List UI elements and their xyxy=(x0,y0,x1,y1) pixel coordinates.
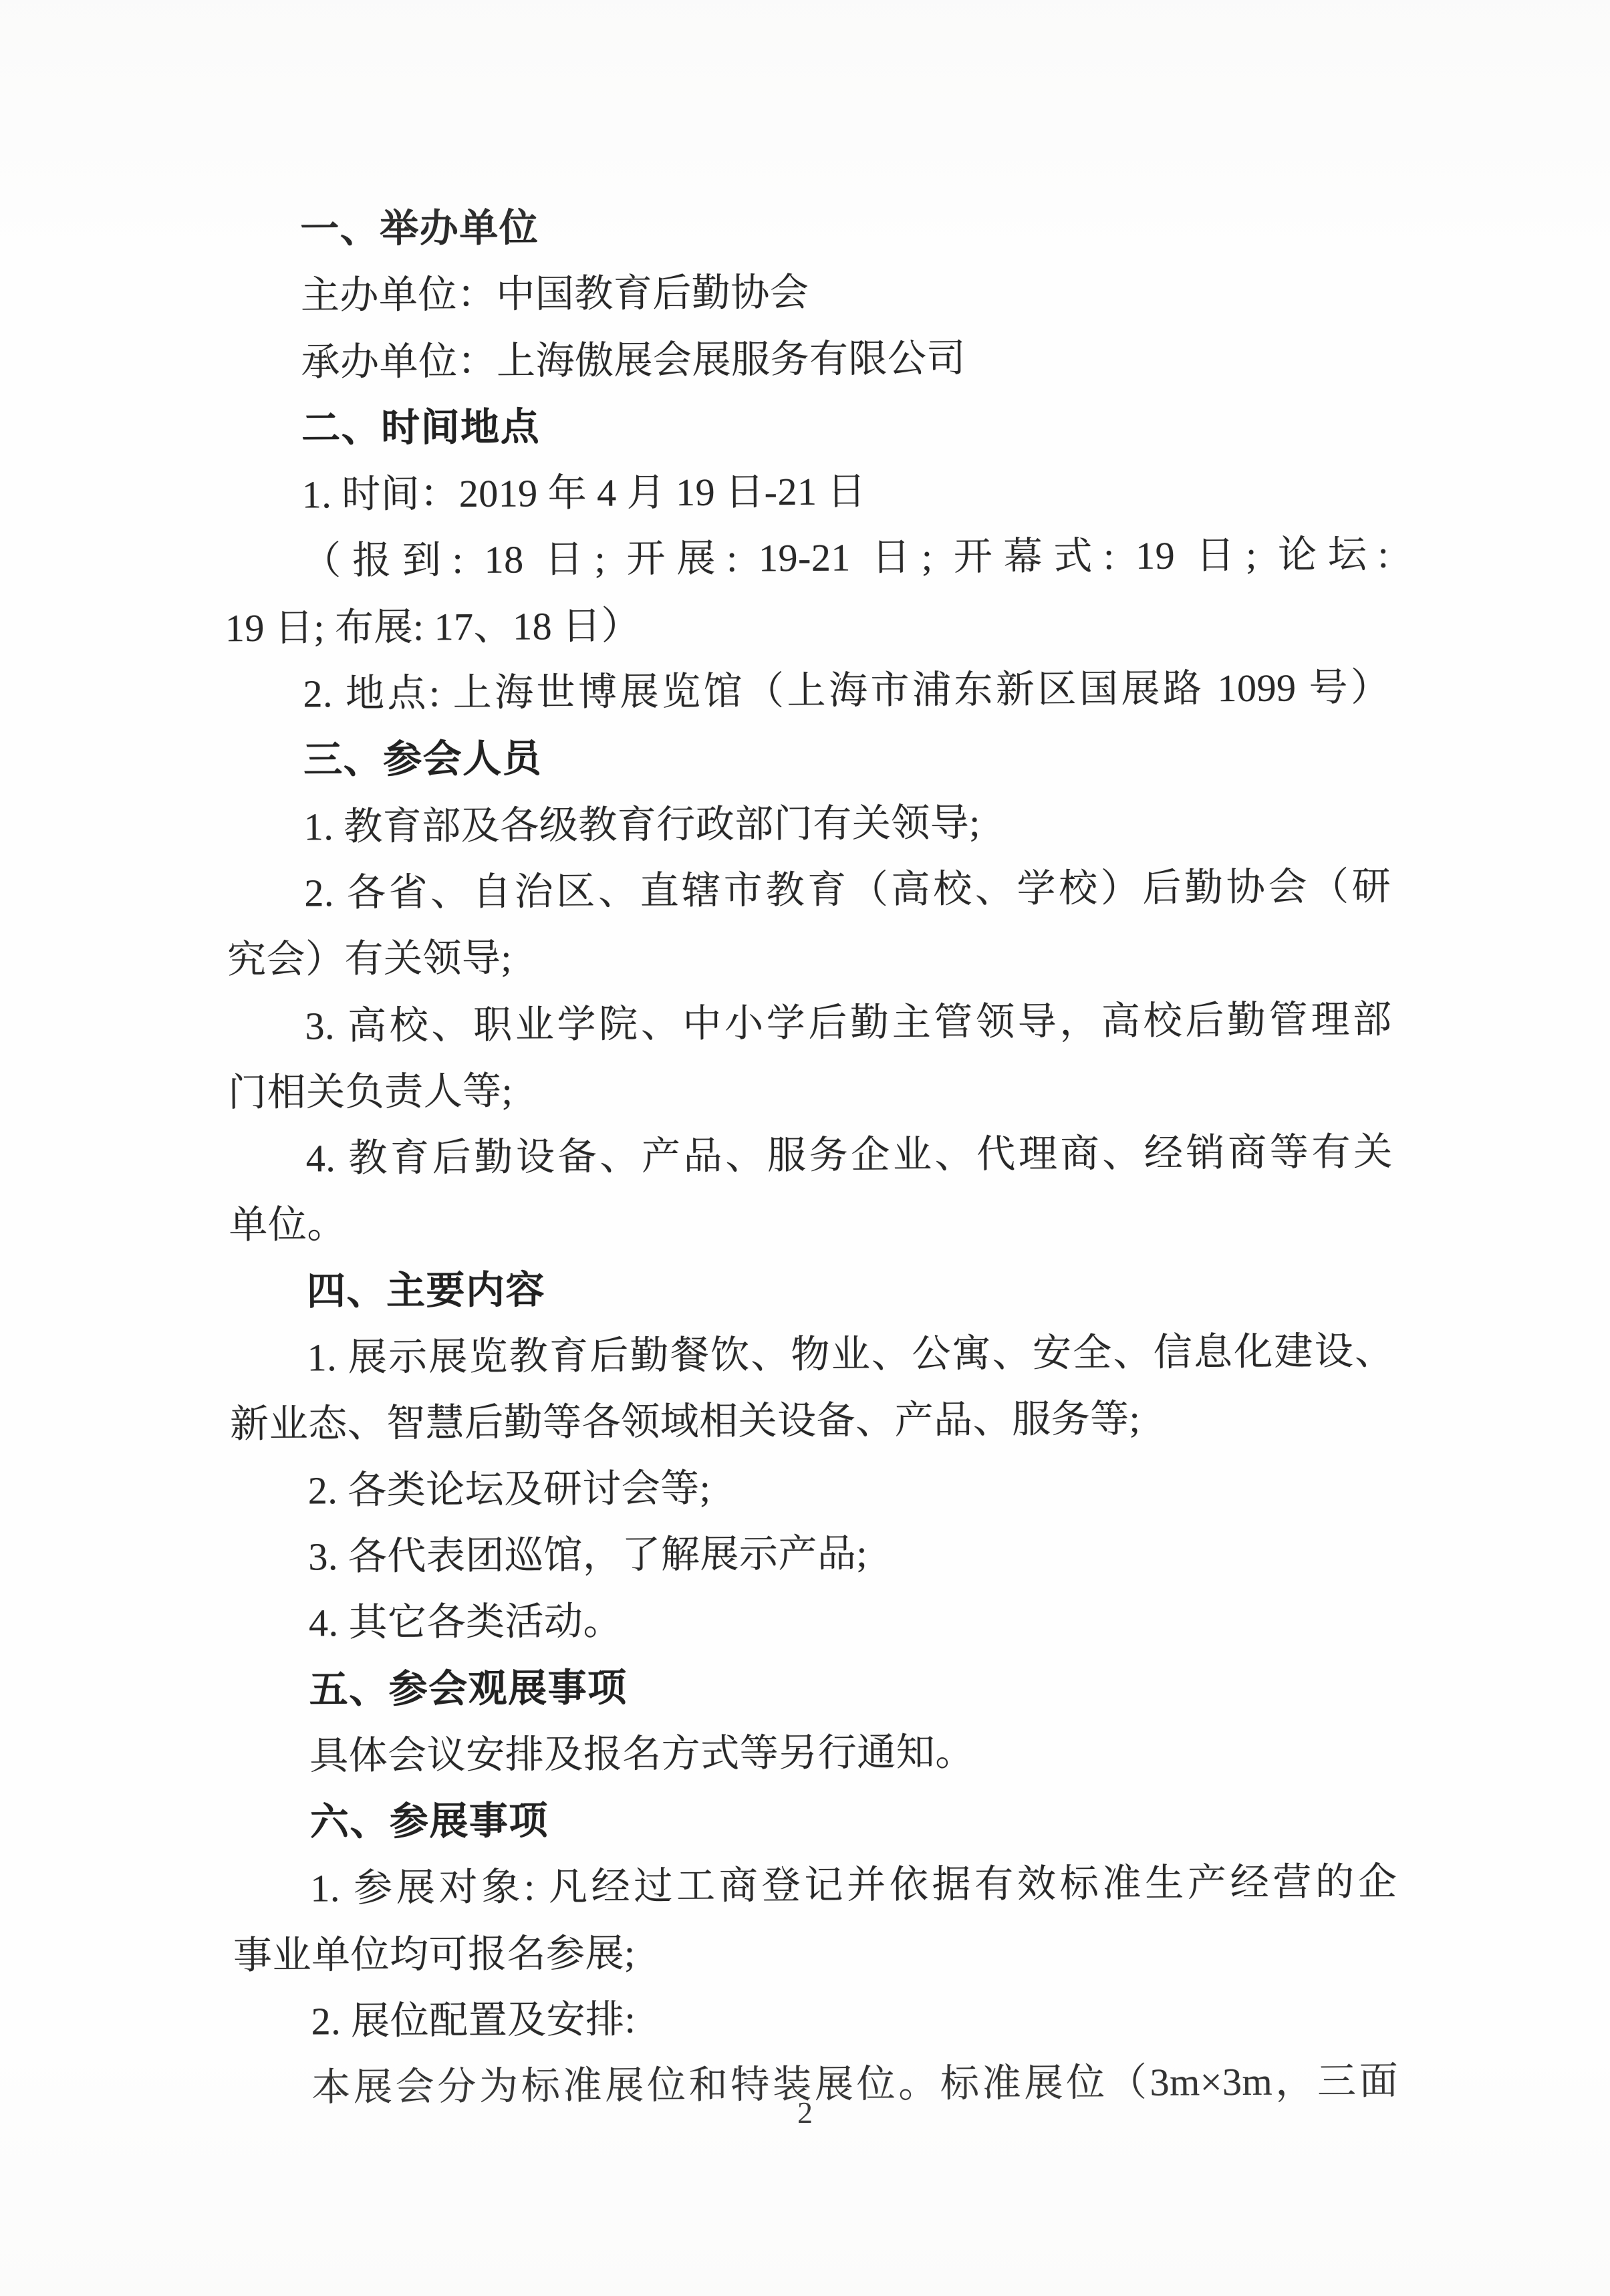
page-number: 2 xyxy=(0,2097,1610,2128)
section-heading: 三、参会人员 xyxy=(226,721,1391,794)
section-heading: 六、参展事项 xyxy=(233,1783,1397,1856)
section-heading: 二、时间地点 xyxy=(224,388,1389,462)
text-line: 19 日; 布展: 17、18 日） xyxy=(225,588,1390,661)
text-line: 3. 高校、职业学院、中小学后勤主管领导，高校后勤管理部 xyxy=(227,986,1392,1059)
text-line: 事业单位均可报名参展; xyxy=(233,1915,1398,1989)
text-line: 4. 其它各类活动。 xyxy=(231,1583,1396,1657)
text-line: 1. 教育部及各级教育行政部门有关领导; xyxy=(226,787,1391,860)
text-line: 1. 展示展览教育后勤餐饮、物业、公寓、安全、信息化建设、 xyxy=(229,1318,1394,1392)
text-line: 4. 教育后勤设备、产品、服务企业、代理商、经销商等有关 xyxy=(228,1119,1393,1192)
text-line: 新业态、智慧后勤等各领域相关设备、产品、服务等; xyxy=(230,1384,1395,1458)
section-heading: 一、举办单位 xyxy=(223,190,1387,263)
text-line: 2. 各省、自治区、直辖市教育（高校、学校）后勤协会（研 xyxy=(227,854,1391,927)
text-line: 2. 展位配置及安排: xyxy=(233,1982,1398,2055)
text-line: 1. 时间：2019 年 4 月 19 日-21 日 xyxy=(224,455,1389,529)
section-heading: 五、参会观展事项 xyxy=(231,1650,1396,1723)
text-line: 究会）有关领导; xyxy=(227,920,1392,993)
text-line: （报到: 18 日; 开展: 19-21 日; 开幕式: 19 日; 论坛: xyxy=(225,521,1389,595)
text-line: 承办单位：上海傲展会展服务有限公司 xyxy=(223,322,1388,396)
document-body: 一、举办单位主办单位：中国教育后勤协会承办单位：上海傲展会展服务有限公司二、时间… xyxy=(223,190,1399,2122)
text-line: 主办单位：中国教育后勤协会 xyxy=(223,256,1388,330)
text-line: 1. 参展对象: 凡经过工商登记并依据有效标准生产经营的企 xyxy=(233,1849,1397,1922)
text-line: 门相关负责人等; xyxy=(228,1052,1393,1126)
text-line: 具体会议安排及报名方式等另行通知。 xyxy=(232,1716,1397,1789)
document-page: 一、举办单位主办单位：中国教育后勤协会承办单位：上海傲展会展服务有限公司二、时间… xyxy=(0,0,1610,2296)
text-line: 单位。 xyxy=(229,1185,1393,1259)
text-line: 2. 地点: 上海世博展览馆（上海市浦东新区国展路 1099 号） xyxy=(225,654,1390,728)
text-line: 3. 各代表团巡馆，了解展示产品; xyxy=(231,1517,1395,1590)
text-line: 2. 各类论坛及研讨会等; xyxy=(230,1450,1395,1524)
section-heading: 四、主要内容 xyxy=(229,1251,1394,1325)
